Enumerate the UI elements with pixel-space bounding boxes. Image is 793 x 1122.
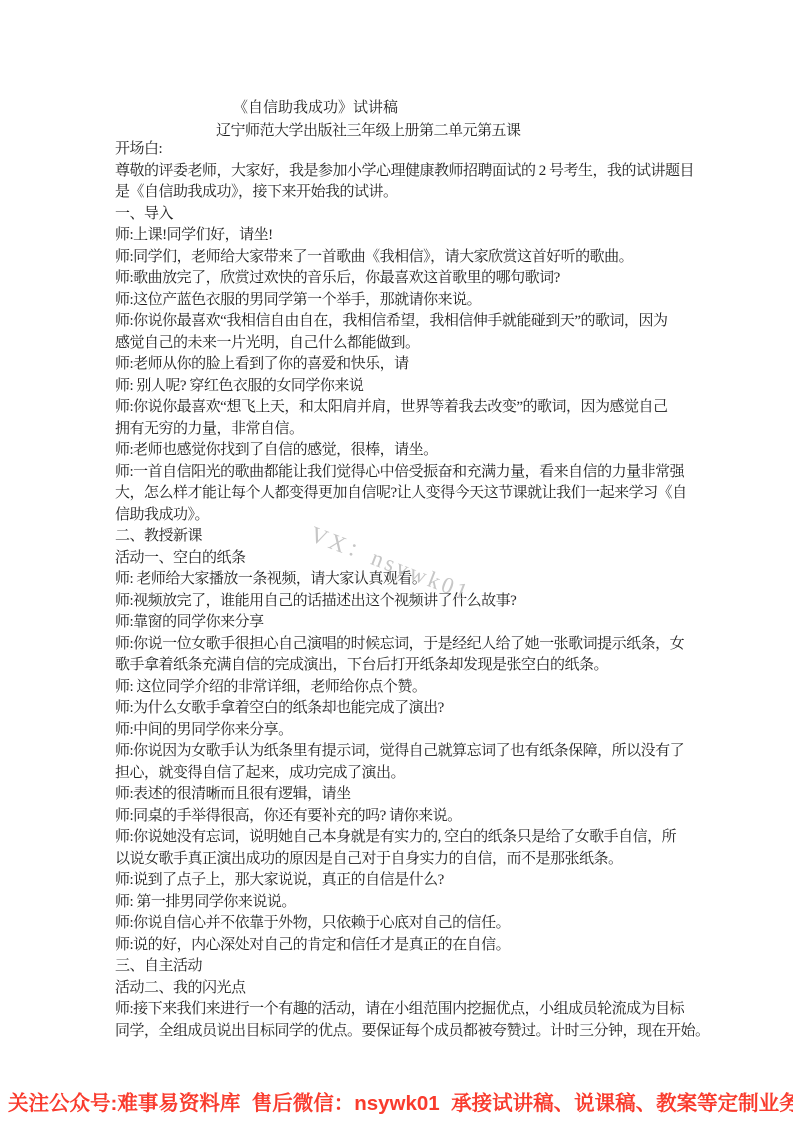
text-line: 一、导入 (115, 204, 715, 226)
text-line: 师: 第一排男同学你来说说。 (115, 892, 715, 914)
text-line: 是《自信助我成功》，接下来开始我的试讲。 (115, 182, 715, 204)
document-subtitle: 辽宁师范大学出版社三年级上册第二单元第五课 (216, 119, 521, 140)
text-line: 师:歌曲放完了，欣赏过欢快的音乐后，你最喜欢这首歌里的哪句歌词? (115, 268, 715, 290)
text-line: 师:为什么女歌手拿着空白的纸条却也能完成了演出? (115, 698, 715, 720)
text-line: 活动二、我的闪光点 (115, 978, 715, 1000)
text-line: 信助我成功》。 (115, 505, 715, 527)
text-line: 师:老师从你的脸上看到了你的喜爱和快乐，请 (115, 354, 715, 376)
text-line: 师:靠窗的同学你来分享 (115, 612, 715, 634)
text-line: 师:老师也感觉你找到了自信的感觉，很棒，请坐。 (115, 440, 715, 462)
footer-promo-text: 关注公众号:难事易资料库 售后微信：nsywk01 承接试讲稿、说课稿、教案等定… (8, 1086, 793, 1116)
text-line: 以说女歌手真正演出成功的原因是自己对于自身实力的自信，而不是那张纸条。 (115, 849, 715, 871)
text-line: 师:这位产蓝色衣服的男同学第一个举手，那就请你来说。 (115, 290, 715, 312)
text-line: 拥有无穷的力量，非常自信。 (115, 419, 715, 441)
text-line: 三、自主活动 (115, 956, 715, 978)
text-line: 师:你说你最喜欢“想飞上天，和太阳肩并肩，世界等着我去改变”的歌词，因为感觉自己 (115, 397, 715, 419)
text-line: 师:接下来我们来进行一个有趣的活动，请在小组范围内挖掘优点，小组成员轮流成为目标 (115, 999, 715, 1021)
text-line: 歌手拿着纸条充满自信的完成演出，下台后打开纸条却发现是张空白的纸条。 (115, 655, 715, 677)
text-line: 感觉自己的未来一片光明，自己什么都能做到。 (115, 333, 715, 355)
text-line: 师: 这位同学介绍的非常详细，老师给你点个赞。 (115, 677, 715, 699)
text-line: 师:你说你最喜欢“我相信自由自在，我相信希望，我相信伸手就能碰到天”的歌词，因为 (115, 311, 715, 333)
text-line: 师: 别人呢? 穿红色衣服的女同学你来说 (115, 376, 715, 398)
text-line: 师:你说自信心并不依靠于外物，只依赖于心底对自己的信任。 (115, 913, 715, 935)
text-line: 师:说到了点子上，那大家说说，真正的自信是什么? (115, 870, 715, 892)
document-body: 开场白:尊敬的评委老师，大家好，我是参加小学心理健康教师招聘面试的 2 号考生，… (115, 139, 715, 1042)
text-line: 师:你说因为女歌手认为纸条里有提示词，觉得自己就算忘词了也有纸条保障，所以没有了 (115, 741, 715, 763)
document-title: 《自信助我成功》试讲稿 (233, 96, 398, 117)
text-line: 同学，全组成员说出目标同学的优点。要保证每个成员都被夸赞过。计时三分钟，现在开始… (115, 1021, 715, 1043)
text-line: 师:上课!同学们好，请坐! (115, 225, 715, 247)
text-line: 活动一、空白的纸条 (115, 548, 715, 570)
text-line: 师:说的好，内心深处对自己的肯定和信任才是真正的在自信。 (115, 935, 715, 957)
text-line: 开场白: (115, 139, 715, 161)
text-line: 师:中间的男同学你来分享。 (115, 720, 715, 742)
text-line: 师:同桌的手举得很高，你还有要补充的吗? 请你来说。 (115, 806, 715, 828)
text-line: 师:视频放完了，谁能用自己的话描述出这个视频讲了什么故事? (115, 591, 715, 613)
text-line: 师:你说一位女歌手很担心自己演唱的时候忘词，于是经纪人给了她一张歌词提示纸条，女 (115, 634, 715, 656)
text-line: 师: 老师给大家播放一条视频，请大家认真观看。 (115, 569, 715, 591)
text-line: 大，怎么样才能让每个人都变得更加自信呢?让人变得今天这节课就让我们一起来学习《自 (115, 483, 715, 505)
text-line: 担心，就变得自信了起来，成功完成了演出。 (115, 763, 715, 785)
text-line: 师:同学们，老师给大家带来了一首歌曲《我相信》，请大家欣赏这首好听的歌曲。 (115, 247, 715, 269)
text-line: 师:你说她没有忘词，说明她自己本身就是有实力的, 空白的纸条只是给了女歌手自信，… (115, 827, 715, 849)
document-page: 《自信助我成功》试讲稿 辽宁师范大学出版社三年级上册第二单元第五课 开场白:尊敬… (0, 0, 793, 1122)
text-line: 师:表述的很清晰而且很有逻辑，请坐 (115, 784, 715, 806)
text-line: 师:一首自信阳光的歌曲都能让我们觉得心中倍受振奋和充满力量，看来自信的力量非常强 (115, 462, 715, 484)
text-line: 尊敬的评委老师，大家好，我是参加小学心理健康教师招聘面试的 2 号考生，我的试讲… (115, 161, 715, 183)
text-line: 二、教授新课 (115, 526, 715, 548)
